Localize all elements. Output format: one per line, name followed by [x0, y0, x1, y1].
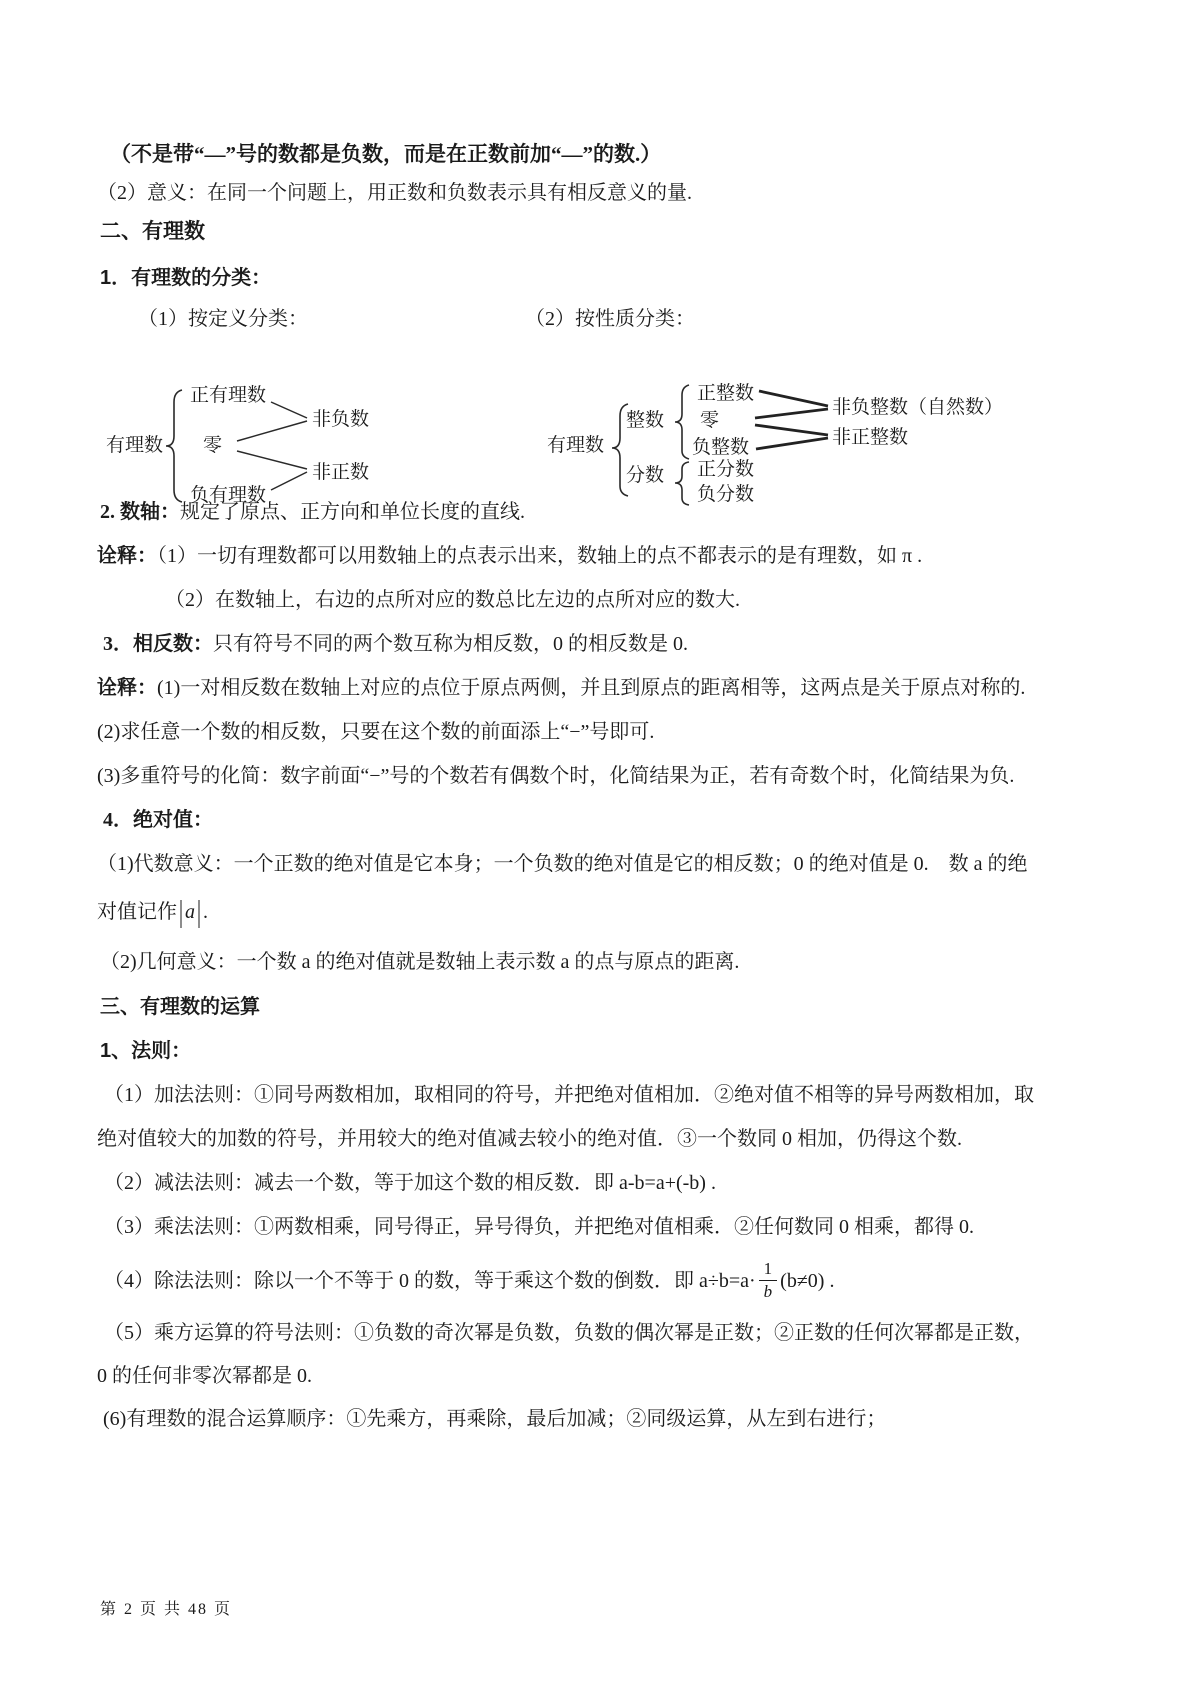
- opposite-number-term: 3．相反数：: [103, 633, 213, 655]
- abs-bar-left: |: [179, 890, 183, 933]
- classify-by-property-label: （2）按性质分类：: [525, 305, 695, 333]
- property-diagram-lines: [540, 358, 1010, 516]
- prop-item-positive-fraction: 正分数: [697, 460, 754, 480]
- absolute-value-notation: 对值记作|a|.: [97, 898, 208, 926]
- brace: [166, 390, 182, 502]
- absolute-value-algebraic: （1)代数意义：一个正数的绝对值是它本身；一个负数的绝对值是它的相反数；0 的绝…: [97, 850, 1028, 878]
- prop-item-zero: 零: [700, 411, 719, 431]
- classify-by-definition-label: （1）按定义分类：: [138, 305, 308, 333]
- connector: [271, 472, 307, 490]
- note-label: 诠释：: [97, 545, 157, 567]
- document-page: （不是带“—”号的数都是负数，而是在正数前加“—”的数.） （2）意义：在同一个…: [0, 0, 1190, 1682]
- prop-result-nonpositive-integer: 非正整数: [832, 428, 908, 448]
- number-axis-definition: 规定了原点、正方向和单位长度的直线.: [180, 501, 525, 523]
- def-result-nonpositive: 非正数: [312, 463, 369, 483]
- division-rule-post: (b≠0) .: [780, 1270, 834, 1292]
- connector: [237, 451, 307, 469]
- definition-classification-diagram: 有理数 正有理数 零 负有理数 非负数 非正数: [90, 360, 390, 515]
- subtraction-rule: （2）减法法则：减去一个数，等于加这个数的相反数．即 a-b=a+(-b) .: [104, 1169, 716, 1197]
- property-classification-diagram: 有理数 整数 分数 正整数 零 负整数 正分数 负分数 非负整数（自然数） 非正…: [540, 358, 1010, 516]
- opposite-note-3: (3)多重符号的化简：数字前面“−”号的个数若有偶数个时，化简结果为正，若有奇数…: [97, 762, 1014, 790]
- prop-item-positive-integer: 正整数: [697, 384, 754, 404]
- power-rule-line-1: （5）乘方运算的符号法则：①负数的奇次幂是负数，负数的偶次幂是正数；②正数的任何…: [104, 1319, 1034, 1347]
- addition-rule-line-2: 绝对值较大的加数的符号，并用较大的绝对值减去较小的绝对值．③一个数同 0 相加，…: [97, 1125, 962, 1153]
- def-item-positive-rational: 正有理数: [190, 386, 266, 406]
- connector: [755, 425, 828, 435]
- power-rule-line-2: 0 的任何非零次幂都是 0.: [97, 1362, 312, 1390]
- def-item-zero: 零: [203, 436, 222, 456]
- multiplication-rule: （3）乘法法则：①两数相乘，同号得正，异号得负，并把绝对值相乘．②任何数同 0 …: [104, 1213, 974, 1241]
- fraction-denominator: b: [759, 1281, 778, 1301]
- absolute-value-title: 4．绝对值：: [103, 806, 213, 834]
- axis-note-1: 诠释：（1）一切有理数都可以用数轴上的点表示出来，数轴上的点不都表示的是有理数，…: [97, 542, 922, 570]
- axis-note-2: （2）在数轴上，右边的点所对应的数总比左边的点所对应的数大.: [165, 586, 740, 614]
- prop-result-nonnegative-integer: 非负整数（自然数）: [832, 398, 1003, 418]
- division-rule-pre: （4）除法法则：除以一个不等于 0 的数，等于乘这个数的倒数．即 a÷b=a·: [104, 1270, 756, 1292]
- absolute-value-geometric: （2)几何意义：一个数 a 的绝对值就是数轴上表示数 a 的点与原点的距离.: [100, 948, 739, 976]
- fraction-numerator: 1: [759, 1260, 778, 1281]
- connector: [756, 438, 828, 449]
- connector: [237, 421, 307, 441]
- prop-group-fractions: 分数: [626, 466, 664, 486]
- opposite-note-1-text: (1)一对相反数在数轴上对应的点位于原点两侧，并且到原点的距离相等，这两点是关于…: [157, 677, 1025, 699]
- prop-item-negative-integer: 负整数: [692, 438, 749, 458]
- number-axis-term: 2. 数轴：: [100, 501, 180, 523]
- addition-rule-line-1: （1）加法法则：①同号两数相加，取相同的符号，并把绝对值相加．②绝对值不相等的异…: [104, 1081, 1034, 1109]
- section-2-title: 二、有理数: [100, 218, 205, 246]
- brace: [675, 462, 689, 505]
- abs-notation-pre: 对值记作: [97, 901, 177, 923]
- connector: [755, 409, 828, 418]
- opposite-number-definition: 只有符号不同的两个数互称为相反数，0 的相反数是 0.: [213, 633, 688, 655]
- abs-variable: a: [185, 901, 195, 923]
- opposite-note-1: 诠释：(1)一对相反数在数轴上对应的点位于原点两侧，并且到原点的距离相等，这两点…: [97, 674, 1025, 702]
- page-number-footer: 第 2 页 共 48 页: [100, 1596, 232, 1624]
- brace: [675, 385, 689, 459]
- division-rule: （4）除法法则：除以一个不等于 0 的数，等于乘这个数的倒数．即 a÷b=a·1…: [104, 1262, 834, 1303]
- def-result-nonnegative: 非负数: [312, 410, 369, 430]
- mixed-operation-order: (6)有理数的混合运算顺序：①先乘方，再乘除，最后加减；②同级运算，从左到右进行…: [103, 1405, 886, 1433]
- classification-title: 1．有理数的分类：: [100, 264, 271, 292]
- note-label: 诠释：: [97, 677, 157, 699]
- def-root-label: 有理数: [106, 436, 163, 456]
- meaning-line: （2）意义：在同一个问题上，用正数和负数表示具有相反意义的量.: [97, 179, 692, 207]
- note-negative-sign: （不是带“—”号的数都是负数，而是在正数前加“—”的数.）: [110, 140, 661, 168]
- connector: [759, 391, 828, 406]
- prop-item-negative-fraction: 负分数: [697, 485, 754, 505]
- abs-notation-post: .: [203, 901, 208, 923]
- number-axis-line: 2. 数轴：规定了原点、正方向和单位长度的直线.: [100, 498, 525, 526]
- opposite-number-line: 3．相反数：只有符号不同的两个数互称为相反数，0 的相反数是 0.: [103, 630, 688, 658]
- prop-root-label: 有理数: [547, 436, 604, 456]
- opposite-note-2: (2)求任意一个数的相反数，只要在这个数的前面添上“−”号即可.: [97, 718, 654, 746]
- abs-bar-right: |: [197, 890, 201, 933]
- axis-note-1-text: （1）一切有理数都可以用数轴上的点表示出来，数轴上的点不都表示的是有理数，如 π…: [157, 545, 922, 567]
- rules-title: 1、法则：: [100, 1037, 191, 1065]
- prop-group-integers: 整数: [626, 411, 664, 431]
- section-3-title: 三、有理数的运算: [100, 993, 260, 1021]
- reciprocal-fraction: 1b: [759, 1260, 778, 1301]
- connector: [271, 402, 307, 418]
